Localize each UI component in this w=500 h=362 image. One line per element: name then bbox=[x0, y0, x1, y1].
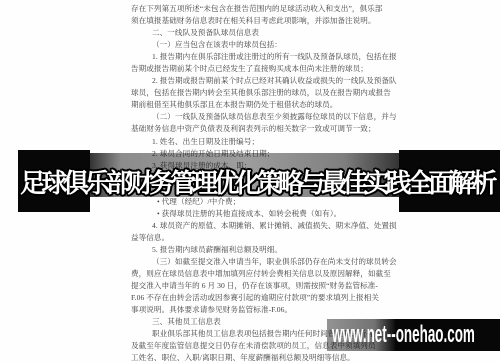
scanned-document-page: 存在下列第五项所述“未包含在报告范围内的足球活动收入和支出”，俱乐部须在填报基础… bbox=[0, 0, 500, 362]
doc-line: 基础财务信息中资产负债表及利润表列示的相关数字一致或可调节一致； bbox=[131, 123, 431, 135]
doc-line: 2. 报告期或报告期前某个时点已经对其确认收益或损失的一线队及预备队 bbox=[131, 75, 431, 87]
doc-line: 5. 报告期内球员薪酬福利总额及明细。 bbox=[131, 244, 431, 256]
doc-line: 1. 报告期内在俱乐部注册或注册过的所有一线队及预备队球员，包括在报 bbox=[131, 51, 431, 63]
doc-line: 工姓名、职位、入职/离职日期、年度薪酬福利总额及明细等信息。 bbox=[131, 352, 431, 362]
doc-line: 益等信息。 bbox=[131, 232, 431, 244]
banner-black-block-left bbox=[18, 150, 90, 212]
watermark-badge: www.net--onehao.com bbox=[327, 319, 500, 351]
doc-line: 4. 球员资产的原值、本期摊销、累计摊销、减值损失、期末净值、处置损 bbox=[131, 220, 431, 232]
doc-line: 2. 球员合同的开始日期及结束日期； bbox=[131, 148, 431, 160]
doc-line: （三）如截至提交准入申请当年，职业俱乐部仍存在尚未支付的球员转会 bbox=[131, 256, 431, 268]
doc-line: （一）应当包含在该表中的球员包括： bbox=[131, 39, 431, 51]
doc-line: 告期或报告期前某个时点已经发生了直接购买成本但尚未注册的球员； bbox=[131, 63, 431, 75]
document-text: 存在下列第五项所述“未包含在报告范围内的足球活动收入和支出”，俱乐部须在填报基础… bbox=[131, 3, 431, 362]
doc-line: （二）一线队及预备队球员信息表至少须披露每位球员的以下信息，并与 bbox=[131, 111, 431, 123]
doc-line: 费，则应在球员信息表中增加填列应付转会费相关信息以及原因解释，如截至 bbox=[131, 268, 431, 280]
watermark-url: www.net--onehao.com bbox=[332, 319, 475, 351]
doc-line: 期前租借至其他俱乐部且在本报告期仍处于租借状态的球员。 bbox=[131, 99, 431, 111]
doc-line: 3. 获得球员注册的成本，即： bbox=[131, 160, 431, 172]
doc-line: F.06 不存在由转会活动或因参赛引起的逾期应付款项”的要求填列上报相关 bbox=[131, 292, 431, 304]
doc-line: • 代理（经纪）/中介费； bbox=[131, 196, 431, 208]
doc-line bbox=[131, 184, 431, 196]
doc-line: 二、一线队及预备队球员信息表 bbox=[131, 27, 431, 39]
doc-line: 1. 姓名、出生日期及注册编号； bbox=[131, 136, 431, 148]
doc-line: 事项说明。具体要求请参见财务监管标准-F.06。 bbox=[131, 304, 431, 316]
doc-line: • 获得球员注册的其他直接成本、如转会税费（如有）。 bbox=[131, 208, 431, 220]
doc-line: 存在下列第五项所述“未包含在报告范围内的足球活动收入和支出”，俱乐部 bbox=[131, 3, 431, 15]
doc-line: • 转会费，如年底仍未支付须列明尚未支付的与球员相关的转会费等； bbox=[131, 172, 431, 184]
doc-line: 提交准入申请当年的 6 月 30 日，仍存在该事项，则需按照“财务监管标准- bbox=[131, 280, 431, 292]
doc-line: 球员，包括在报告期内转会至其他俱乐部注册的球员，以及在报告期内或报告 bbox=[131, 87, 431, 99]
doc-line: 须在填报基础财务信息表时在相关科目考虑此项影响，并添加备注说明。 bbox=[131, 15, 431, 27]
